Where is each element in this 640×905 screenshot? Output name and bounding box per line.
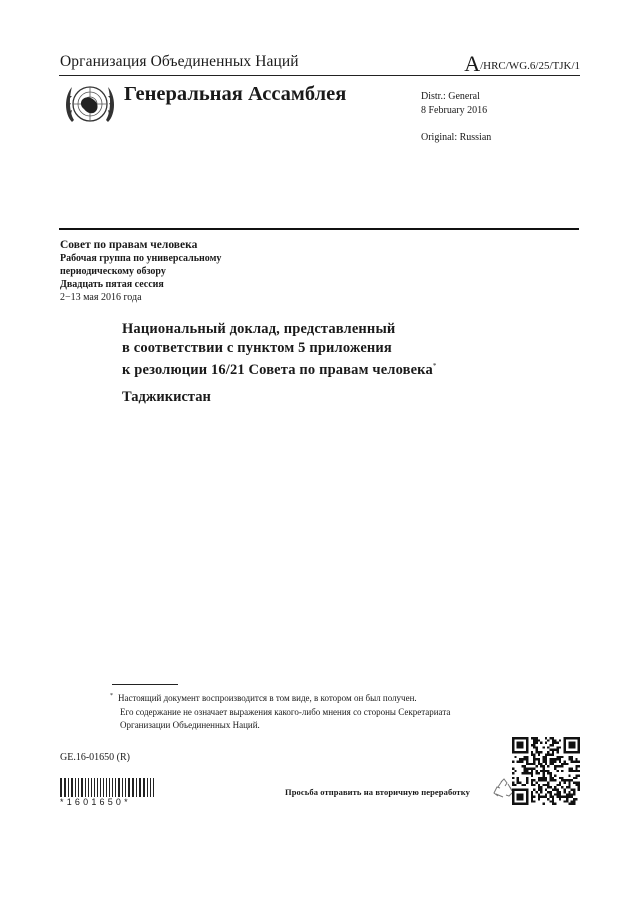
working-group-line2: периодическому обзору xyxy=(60,265,221,278)
working-group-line1: Рабочая группа по универсальному xyxy=(60,252,221,265)
footnote-line1: Настоящий документ воспроизводится в том… xyxy=(118,693,417,703)
footnote: *Настоящий документ воспроизводится в то… xyxy=(110,690,450,733)
qr-code-icon xyxy=(512,737,580,805)
footnote-mark: * xyxy=(110,693,113,699)
footnote-line2: Его содержание не означает выражения как… xyxy=(110,706,450,720)
un-emblem-icon xyxy=(64,82,116,127)
council-block: Совет по правам человека Рабочая группа … xyxy=(60,239,221,304)
council-name: Совет по правам человека xyxy=(60,239,221,252)
title-line2: в соответствии с пунктом 5 приложения xyxy=(122,339,437,358)
symbol-rest: /HRC/WG.6/25/TJK/1 xyxy=(480,60,580,72)
title-line3: к резолюции 16/21 Совета по правам челов… xyxy=(122,362,433,378)
document-number: GE.16-01650 (R) xyxy=(60,752,130,763)
session-name: Двадцать пятая сессия xyxy=(60,278,221,291)
distr-label: Distr.: General xyxy=(421,90,491,104)
assembly-title: Генеральная Ассамблея xyxy=(124,83,346,106)
barcode-icon xyxy=(60,778,154,797)
document-symbol: A/HRC/WG.6/25/TJK/1 xyxy=(464,51,580,77)
section-rule xyxy=(59,228,579,230)
footnote-line3: Организации Объединенных Наций. xyxy=(110,719,450,733)
header-rule xyxy=(59,75,580,76)
original-language: Original: Russian xyxy=(421,131,491,145)
country-name: Таджикистан xyxy=(122,389,211,406)
session-dates: 2−13 мая 2016 года xyxy=(60,291,221,304)
symbol-prefix: A xyxy=(464,51,480,76)
document-title: Национальный доклад, представленный в со… xyxy=(122,320,437,380)
recycle-text: Просьба отправить на вторичную переработ… xyxy=(285,787,470,797)
distr-date: 8 February 2016 xyxy=(421,104,491,118)
title-line1: Национальный доклад, представленный xyxy=(122,320,437,339)
title-footnote-mark: * xyxy=(433,362,437,370)
footnote-rule xyxy=(112,684,178,685)
organization-name: Организация Объединенных Наций xyxy=(60,53,299,71)
barcode-text: *1601650* xyxy=(60,797,156,807)
distribution-block: Distr.: General 8 February 2016 Original… xyxy=(421,90,491,145)
